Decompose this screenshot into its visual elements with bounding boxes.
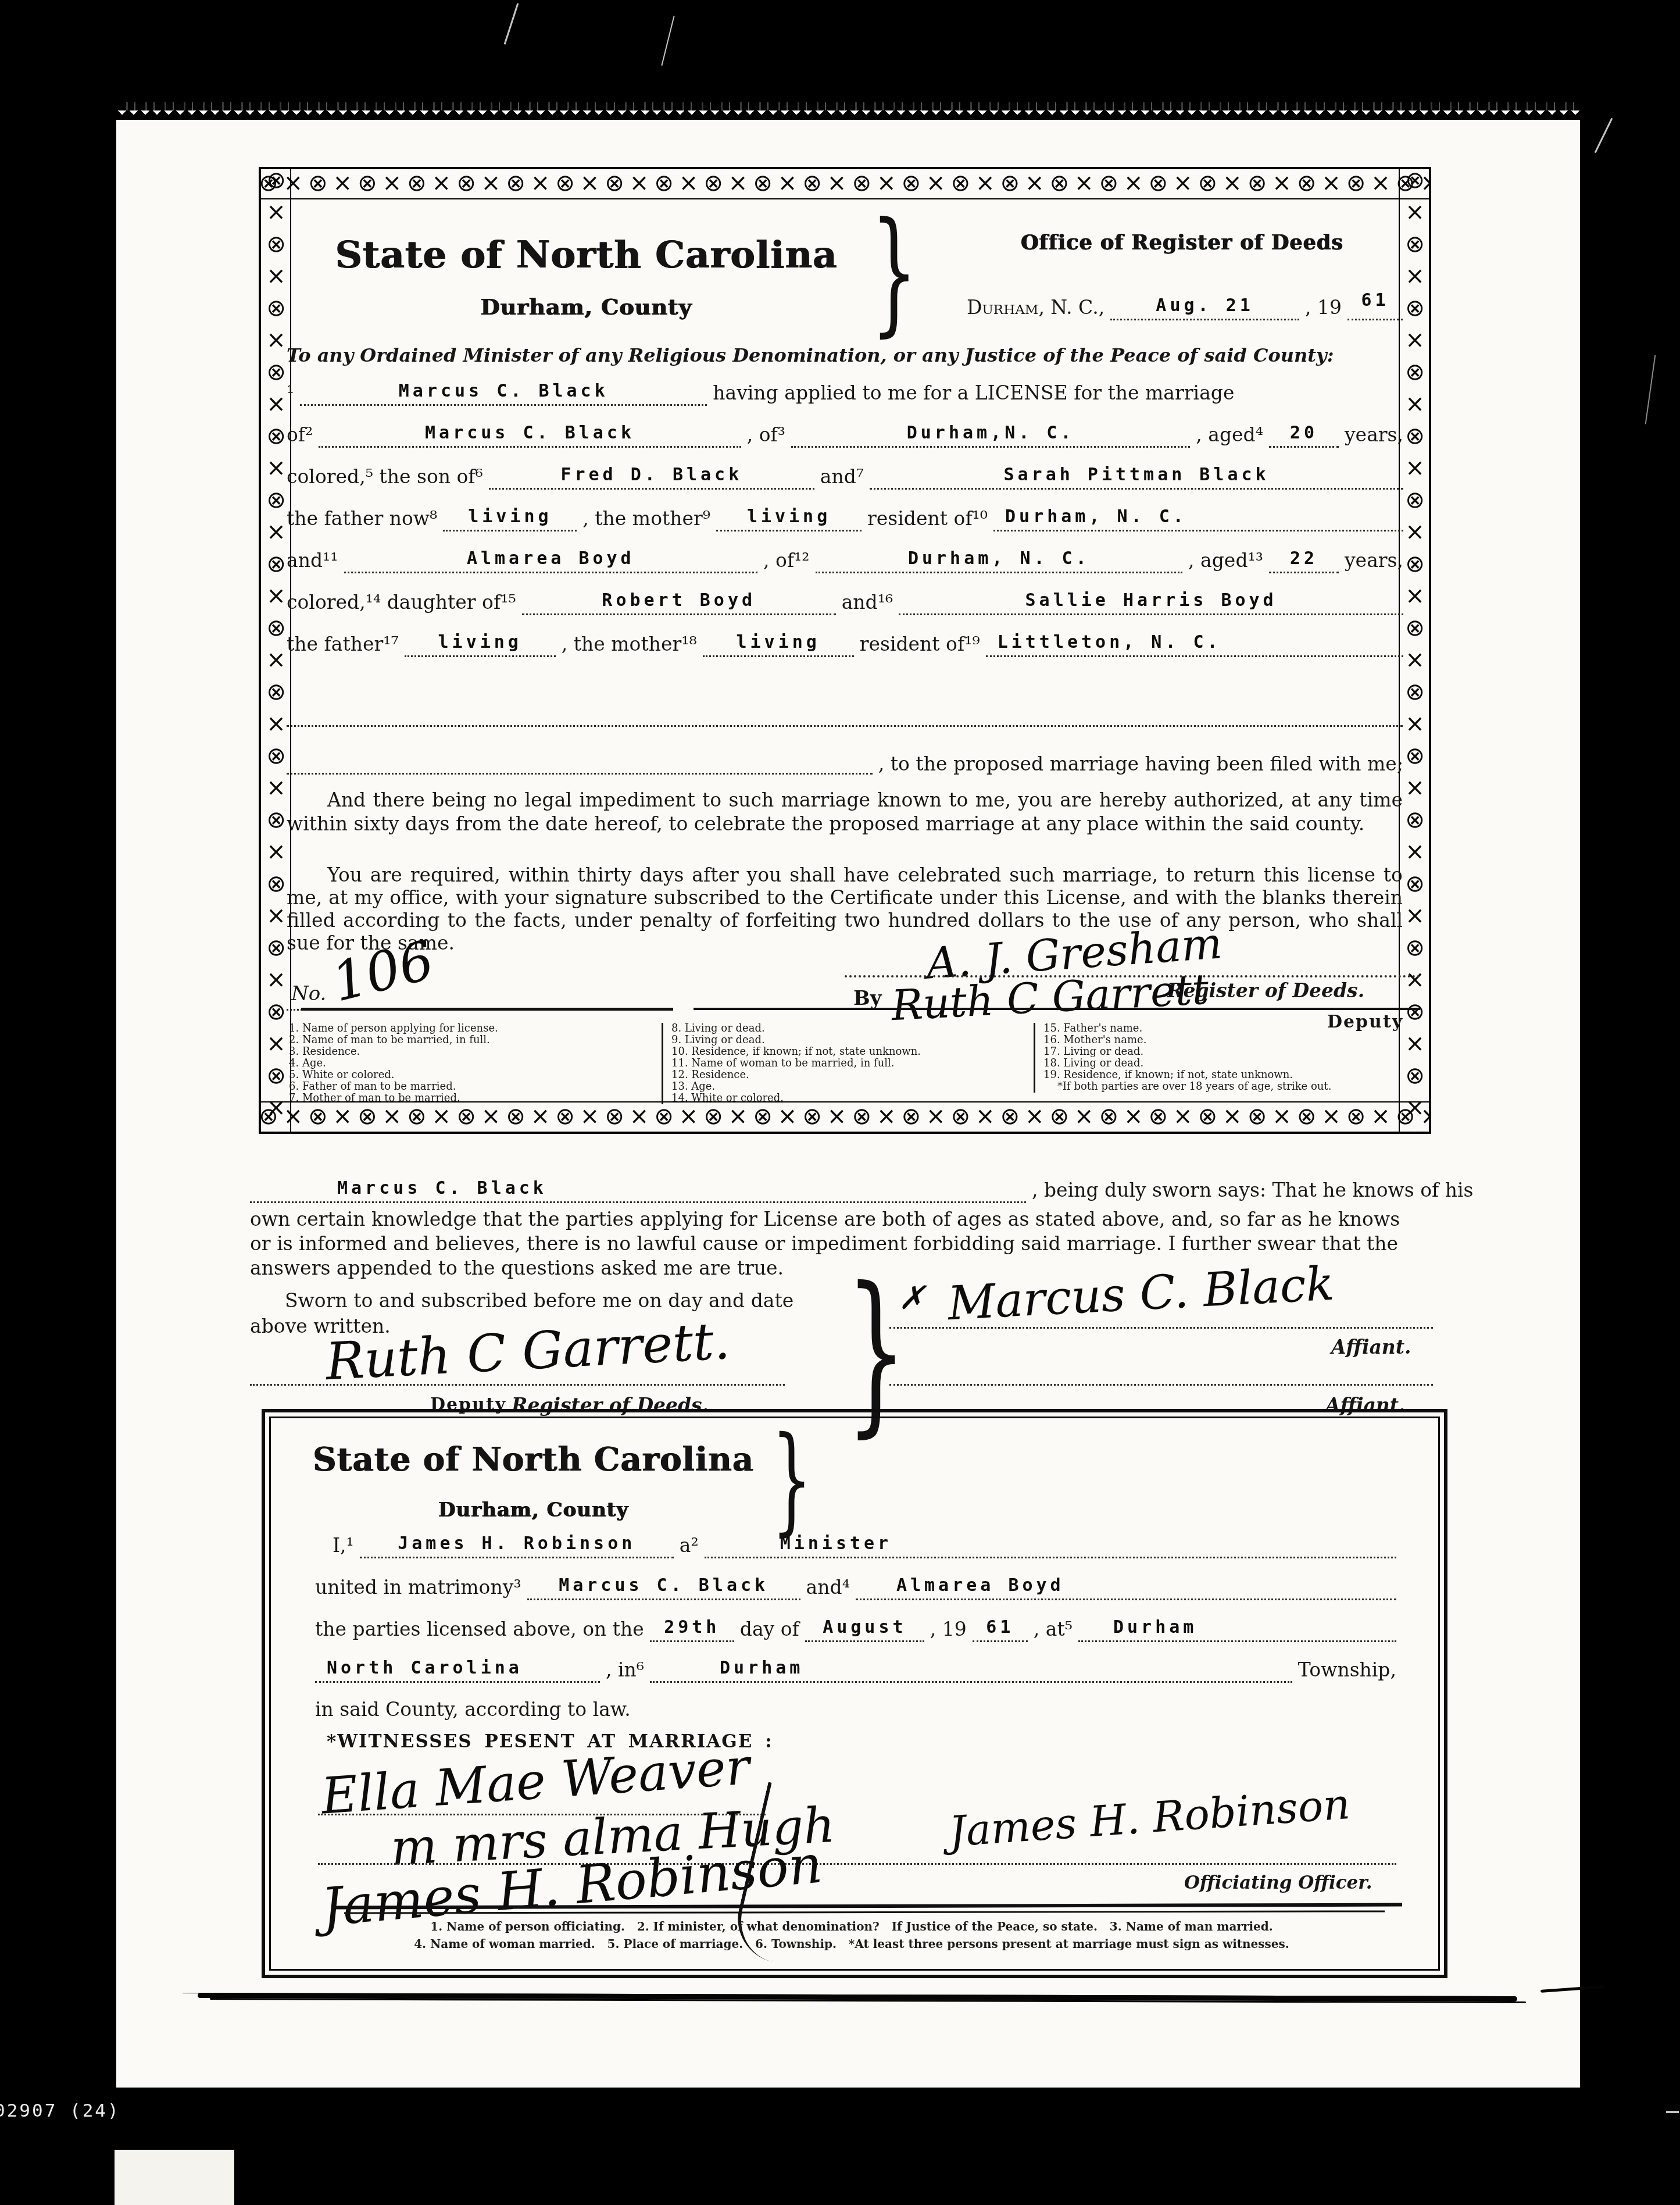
footnote-item: 12. Residence.	[671, 1069, 1023, 1081]
bride-father-status-field: living	[405, 635, 556, 657]
scratch-mark	[661, 16, 674, 66]
printed-text: colored,¹⁴ daughter of¹⁵	[287, 591, 516, 613]
county-subtitle: Durham, County	[310, 294, 862, 320]
groom-mother-status-field: living	[716, 509, 862, 531]
printed-text: resident of¹⁹	[860, 633, 980, 655]
printed-text: , the mother¹⁸	[562, 633, 697, 655]
scan-artifact-dash	[1540, 1985, 1604, 1993]
month-field: August	[805, 1620, 924, 1642]
printed-text: years,	[1345, 550, 1403, 572]
footnotes-column-1: 1. Name of person applying for license. …	[289, 1023, 645, 1104]
printed-text: and⁷	[820, 466, 864, 488]
officiating-officer-signature: James H. Robinson	[948, 1779, 1352, 1856]
footnote-item: 1. Name of person applying for license.	[289, 1023, 645, 1034]
date-place-line: the parties licensed above, on the 29th …	[315, 1618, 1396, 1642]
bride-name-field: Almarea Boyd	[344, 551, 758, 573]
printed-text: and¹⁶	[842, 591, 893, 613]
county-subtitle-2: Durham, County	[303, 1498, 763, 1522]
film-strip-band: 02907 (24)	[0, 2088, 1680, 2205]
scanned-document-page: ⊗×⊗×⊗×⊗×⊗×⊗×⊗×⊗×⊗×⊗×⊗×⊗×⊗×⊗×⊗×⊗×⊗×⊗×⊗×⊗×…	[116, 110, 1580, 2088]
signature-rule-left	[301, 1008, 673, 1011]
groom-age-field: 20	[1269, 426, 1339, 448]
footnote-item: 14. White or colored.	[671, 1093, 1023, 1104]
certificate-footnote-1: 1. Name of person officiating. 2. If min…	[280, 1921, 1423, 1932]
groom-parents-residence-field: Durham, N. C.	[993, 509, 1403, 531]
scratch-mark	[504, 3, 519, 44]
printed-text: the father now⁸	[287, 508, 437, 530]
affiant-label-1: Affiant.	[1331, 1336, 1411, 1358]
groom-father-field: Fred D. Black	[489, 468, 814, 490]
printed-text: , of³	[747, 424, 785, 446]
form-line-bride-parents: colored,¹⁴ daughter of¹⁵ Robert Boyd and…	[287, 591, 1403, 615]
footnote-item: 16. Mother's name.	[1043, 1034, 1410, 1046]
dateline-place: Durham, N. C.,	[967, 297, 1104, 319]
bride-age-field: 22	[1269, 551, 1339, 573]
scan-cutout	[115, 2150, 234, 2205]
printed-text: the father¹⁷	[287, 633, 399, 655]
printed-text: a²	[680, 1535, 699, 1557]
printed-text: , being duly sworn says: That he knows o…	[1032, 1179, 1474, 1201]
printed-text: , aged⁴	[1196, 424, 1263, 446]
sworn-statement-line1: Sworn to and subscribed before me on day…	[285, 1290, 793, 1312]
affiant-name-field: Marcus C. Black	[250, 1181, 1026, 1203]
printed-text: , the mother⁹	[582, 508, 710, 530]
footnote-item: 6. Father of man to be married.	[289, 1081, 645, 1093]
scratch-mark	[1645, 355, 1656, 424]
footnote-item: 15. Father's name.	[1043, 1023, 1410, 1034]
marriage-certificate-box: State of North Carolina } Durham, County…	[262, 1409, 1447, 1978]
footnote-item: 3. Residence.	[289, 1046, 645, 1058]
affiant-signature-line	[889, 1327, 1433, 1329]
return-requirement-paragraph: You are required, within thirty days aft…	[287, 864, 1403, 954]
footnote-item: 18. Living or dead.	[1043, 1058, 1410, 1069]
printed-text: , at⁵	[1034, 1618, 1073, 1640]
according-to-law-line: in said County, according to law.	[315, 1699, 631, 1721]
header-brace-2: }	[771, 1422, 812, 1538]
affiant-signature-line-2	[889, 1384, 1433, 1386]
bride-father-field: Robert Boyd	[522, 593, 836, 615]
groom-mother-field: Sarah Pittman Black	[870, 468, 1403, 490]
footnotes-column-2: 8. Living or dead. 9. Living or dead. 10…	[662, 1023, 1023, 1104]
state-field: North Carolina	[315, 1661, 600, 1683]
printed-text: and¹¹	[287, 550, 338, 572]
place-field: Durham	[1078, 1620, 1396, 1642]
signature-rule-right	[694, 1008, 1420, 1010]
form-line-groom: of² Marcus C. Black , of³ Durham,N. C. ,…	[287, 424, 1403, 448]
groom-residence-field: Durham,N. C.	[791, 426, 1190, 448]
form-line-bride: and¹¹ Almarea Boyd , of¹² Durham, N. C. …	[287, 550, 1403, 573]
page-torn-edge	[116, 110, 1580, 120]
officiant-line: I,¹ James H. Robinson a² Minister	[333, 1535, 1396, 1558]
blank-line	[287, 725, 1403, 727]
footnote-item: 17. Living or dead.	[1043, 1046, 1410, 1058]
officiant-title-field: Minister	[705, 1536, 1396, 1558]
footnote-item: 9. Living or dead.	[671, 1034, 1023, 1046]
groom-father-status-field: living	[443, 509, 577, 531]
authorization-paragraph: And there being no legal impediment to s…	[287, 788, 1403, 836]
affidavit-name-line: Marcus C. Black , being duly sworn says:…	[250, 1179, 1436, 1203]
year-field-2: 61	[973, 1620, 1028, 1642]
salutation: To any Ordained Minister of any Religiou…	[287, 345, 1403, 366]
bride-residence-field: Durham, N. C.	[816, 551, 1183, 573]
footnote-item: 5. White or colored.	[289, 1069, 645, 1081]
footnote-item: 2. Name of man to be married, in full.	[289, 1034, 645, 1046]
form-line-filed: , to the proposed marriage having been f…	[287, 753, 1403, 775]
printed-text: day of	[740, 1618, 799, 1640]
printed-text: united in matrimony³	[315, 1576, 521, 1599]
ornament-border-right: ⊗×⊗×⊗×⊗×⊗×⊗×⊗×⊗×⊗×⊗×⊗×⊗×⊗×⊗×⊗×⊗×⊗×⊗×⊗×⊗×…	[1399, 167, 1431, 1134]
footnote-item: *If both parties are over 18 years of ag…	[1043, 1081, 1410, 1093]
footnotes-column-3: 15. Father's name. 16. Mother's name. 17…	[1034, 1023, 1410, 1093]
printed-text: having applied to me for a LICENSE for t…	[713, 382, 1403, 404]
bride-married-field: Almarea Boyd	[856, 1578, 1396, 1600]
printed-text: I,¹	[333, 1535, 354, 1557]
license-no-label: No.	[291, 983, 326, 1005]
film-frame-number: 02907 (24)	[0, 2100, 120, 2121]
license-ornate-frame: ⊗×⊗×⊗×⊗×⊗×⊗×⊗×⊗×⊗×⊗×⊗×⊗×⊗×⊗×⊗×⊗×⊗×⊗×⊗×⊗×…	[259, 167, 1431, 1134]
form-line-applicant: ¹ Marcus C. Black having applied to me f…	[287, 382, 1403, 406]
printed-text: , of¹²	[763, 550, 810, 572]
year-field: 61	[1347, 298, 1403, 320]
form-line-bride-parents-status: the father¹⁷ living , the mother¹⁸ livin…	[287, 633, 1403, 657]
printed-text: and⁴	[806, 1576, 850, 1599]
printed-text: the parties licensed above, on the	[315, 1618, 644, 1640]
form-line-groom-parents-status: the father now⁸ living , the mother⁹ liv…	[287, 508, 1403, 531]
printed-text: Township,	[1298, 1659, 1396, 1681]
printed-text: , in⁶	[606, 1659, 644, 1681]
scratch-mark	[1595, 118, 1613, 154]
officiating-officer-label: Officiating Officer.	[1184, 1873, 1372, 1894]
footnote-item: 4. Age.	[289, 1058, 645, 1069]
ornament-border-bottom: ⊗×⊗×⊗×⊗×⊗×⊗×⊗×⊗×⊗×⊗×⊗×⊗×⊗×⊗×⊗×⊗×⊗×⊗×⊗×⊗×…	[259, 1101, 1431, 1134]
groom-name-field: Marcus C. Black	[319, 426, 741, 448]
state-township-line: North Carolina , in⁶ Durham Township,	[315, 1659, 1396, 1683]
footnote-item: 8. Living or dead.	[671, 1023, 1023, 1034]
applicant-name-field: Marcus C. Black	[300, 384, 707, 406]
state-title: State of North Carolina	[310, 233, 862, 277]
affidavit-body-line: own certain knowledge that the parties a…	[250, 1208, 1442, 1230]
office-title: Office of Register of Deeds	[978, 231, 1385, 255]
united-line: united in matrimony³ Marcus C. Black and…	[315, 1576, 1396, 1600]
footnote-item: 7. Mother of man to be married.	[289, 1093, 645, 1104]
bride-mother-field: Sallie Harris Boyd	[899, 593, 1403, 615]
groom-married-field: Marcus C. Black	[527, 1578, 800, 1600]
blank-field	[287, 762, 873, 775]
dateline-19: , 19	[1305, 297, 1342, 319]
deputy-signature-line	[250, 1384, 785, 1386]
printed-text: resident of¹⁰	[867, 508, 988, 530]
footnote-item: 10. Residence, if known; if not, state u…	[671, 1046, 1023, 1058]
township-field: Durham	[650, 1661, 1292, 1683]
by-label: By	[853, 987, 882, 1010]
footnote-item: 11. Name of woman to be married, in full…	[671, 1058, 1023, 1069]
printed-text: years,	[1345, 424, 1403, 446]
printed-text: , 19	[930, 1618, 967, 1640]
printed-text: , aged¹³	[1188, 550, 1263, 572]
affiant-mark: ✗	[898, 1279, 925, 1317]
state-title-2: State of North Carolina	[303, 1440, 763, 1479]
scratch-mark	[1666, 2111, 1679, 2113]
printed-text: , to the proposed marriage having been f…	[878, 753, 1403, 775]
footnote-item: 13. Age.	[671, 1081, 1023, 1093]
page-top-texture	[116, 102, 1580, 110]
printed-text: colored,⁵ the son of⁶	[287, 466, 483, 488]
footnote-ref: ¹	[287, 382, 294, 404]
bride-parents-residence-field: Littleton, N. C.	[986, 635, 1403, 657]
header-brace: }	[871, 205, 917, 339]
printed-text: of²	[287, 424, 313, 446]
dateline: Durham, N. C., Aug. 21 , 19 61	[967, 297, 1403, 320]
footnote-item: 19. Residence, if known; if not, state u…	[1043, 1069, 1410, 1081]
certificate-footnote-2: 4. Name of woman married. 5. Place of ma…	[280, 1938, 1423, 1950]
date-field: Aug. 21	[1110, 298, 1299, 320]
form-line-groom-parents: colored,⁵ the son of⁶ Fred D. Black and⁷…	[287, 466, 1403, 490]
officiant-name-field: James H. Robinson	[360, 1536, 674, 1558]
scan-artifact-line	[198, 1993, 1517, 2001]
day-field: 29th	[650, 1620, 734, 1642]
bride-mother-status-field: living	[703, 635, 854, 657]
